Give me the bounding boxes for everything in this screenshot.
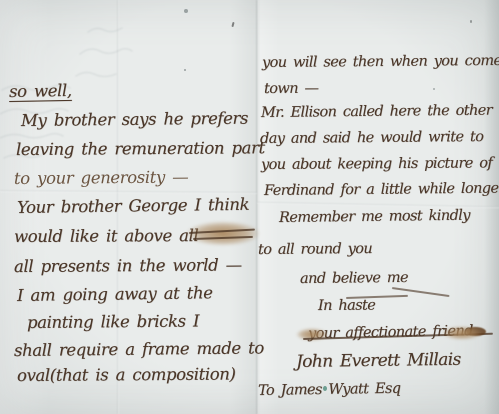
letter-line: day and said he would write to [260,129,483,147]
ink-smudge [442,326,482,340]
letter-line: shall require a frame made to [14,338,264,360]
letter-line: would like it above all [14,226,198,246]
fiber-speck [323,386,327,391]
letter-line: My brother says he prefers [21,109,248,130]
paper-speck [470,20,472,23]
letter-line: Ferdinand for a little while longer [264,180,499,199]
letter-line: leaving the remuneration part [16,138,265,159]
letter-line: oval(that is a composition) [17,364,236,385]
letter-line: you will see then when you come to [262,53,499,71]
letter-line: you about keeping his picture of [261,155,492,173]
letter-line: In haste [318,298,375,314]
letter-line: all presents in the world — [14,255,242,276]
letter-line: town — [264,81,318,97]
letter-scan: { "document": { "kind": "handwritten let… [0,0,499,414]
paper-speck [433,88,435,90]
letter-line: painting like bricks I [27,311,199,332]
letter-line: to your generosity — [14,167,188,188]
letter-line: to all round you [258,241,372,258]
letter-line: I am going away at the [17,283,213,305]
letter-line: Remember me most kindly [279,208,470,226]
flourish-stroke [346,295,408,299]
letter-line: Mr. Ellison called here the other [261,103,492,121]
letter-line: Your brother George I think [17,195,249,217]
letter-line: and believe me [300,270,408,287]
signature: John Everett Millais [296,350,461,372]
paper-speck [184,9,188,13]
fold-crease-horizontal-left [0,190,257,194]
addressee: To James Wyatt Esq [258,381,401,399]
salutation-line: so well, [9,81,72,101]
paper-speck [184,69,186,71]
paper-speck [231,22,234,27]
